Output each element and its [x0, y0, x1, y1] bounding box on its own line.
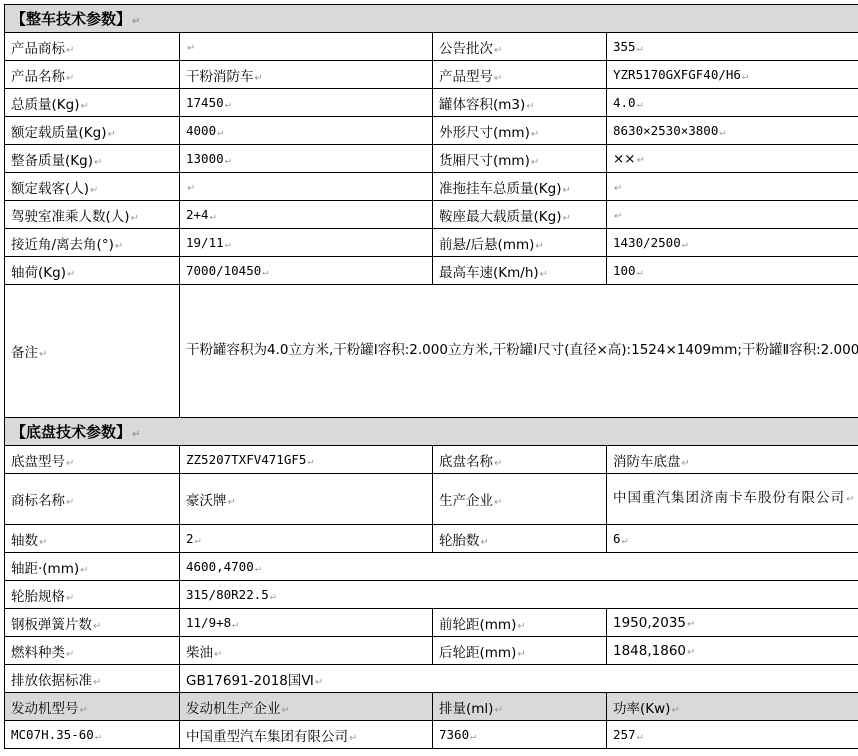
chassis-section-header: 【底盘技术参数】↵: [5, 418, 858, 446]
value-cell: 8630×2530×3800↵: [607, 117, 858, 145]
value-cell: 7360↵: [433, 721, 607, 749]
label-cell: 前悬/后悬(mm)↵: [433, 229, 607, 257]
value-cell: 4600,4700↵: [180, 553, 858, 581]
value-cell: 7000/10450↵: [180, 257, 433, 285]
engine-header-row: 发动机型号↵ 发动机生产企业↵ 排量(ml)↵ 功率(Kw)↵: [5, 693, 858, 721]
paragraph-mark-icon: ↵: [132, 429, 140, 440]
table-row: 产品商标↵ ↵ 公告批次↵ 355↵: [5, 33, 858, 61]
table-row: 额定载客(人)↵ ↵ 准拖挂车总质量(Kg)↵ ↵: [5, 173, 858, 201]
value-cell: 2↵: [180, 525, 433, 553]
label-cell: 产品名称↵: [5, 61, 180, 89]
label-cell: 后轮距(mm)↵: [433, 637, 607, 665]
value-cell: ↵: [180, 33, 433, 61]
value-cell: 1950,2035↵: [607, 609, 858, 637]
value-cell: 11/9+8↵: [180, 609, 433, 637]
value-cell: 13000↵: [180, 145, 433, 173]
label-cell: 底盘名称↵: [433, 446, 607, 474]
label-cell: 轴荷(Kg)↵: [5, 257, 180, 285]
value-cell: GB17691-2018国Ⅵ↵: [180, 665, 858, 693]
value-cell: 355↵: [607, 33, 858, 61]
value-cell: 1848,1860↵: [607, 637, 858, 665]
table-row: 产品名称↵ 干粉消防车↵ 产品型号↵ YZR5170GXFGF40/H6↵: [5, 61, 858, 89]
remark-row: 备注↵ 干粉罐容积为4.0立方米,干粉罐Ⅰ容积:2.000立方米,干粉罐Ⅰ尺寸(…: [5, 285, 858, 418]
table-row: 燃料种类↵ 柴油↵ 后轮距(mm)↵ 1848,1860↵: [5, 637, 858, 665]
label-cell: 产品商标↵: [5, 33, 180, 61]
label-cell: 罐体容积(m3)↵: [433, 89, 607, 117]
value-cell: 1430/2500↵: [607, 229, 858, 257]
label-cell: 鞍座最大载质量(Kg)↵: [433, 201, 607, 229]
label-cell: 钢板弹簧片数↵: [5, 609, 180, 637]
section-title: 【底盘技术参数】: [11, 423, 131, 441]
spec-table: 【整车技术参数】↵ 产品商标↵ ↵ 公告批次↵ 355↵ 产品名称↵ 干粉消防车…: [4, 4, 858, 749]
table-row: 整备质量(Kg)↵ 13000↵ 货厢尺寸(mm)↵ ××↵: [5, 145, 858, 173]
label-cell: 驾驶室准乘人数(人)↵: [5, 201, 180, 229]
value-cell: 100↵: [607, 257, 858, 285]
value-cell: MC07H.35-60↵: [5, 721, 180, 749]
label-cell: 轮胎数↵: [433, 525, 607, 553]
label-cell: 总质量(Kg)↵: [5, 89, 180, 117]
label-cell: 轮胎规格↵: [5, 581, 180, 609]
column-header: 功率(Kw)↵: [607, 693, 858, 721]
value-cell: 2+4↵: [180, 201, 433, 229]
value-cell: 中国重汽集团济南卡车股份有限公司↵: [607, 474, 858, 525]
label-cell: 额定载质量(Kg)↵: [5, 117, 180, 145]
value-cell: 豪沃牌↵: [180, 474, 433, 525]
value-cell: 消防车底盘↵: [607, 446, 858, 474]
table-row: 接近角/离去角(°)↵ 19/11↵ 前悬/后悬(mm)↵ 1430/2500↵: [5, 229, 858, 257]
value-cell: 4000↵: [180, 117, 433, 145]
table-row: 总质量(Kg)↵ 17450↵ 罐体容积(m3)↵ 4.0↵: [5, 89, 858, 117]
value-cell: ↵: [180, 173, 433, 201]
value-cell: 257↵: [607, 721, 858, 749]
value-cell: YZR5170GXFGF40/H6↵: [607, 61, 858, 89]
table-row: 商标名称↵ 豪沃牌↵ 生产企业↵ 中国重汽集团济南卡车股份有限公司↵: [5, 474, 858, 525]
value-cell: 4.0↵: [607, 89, 858, 117]
table-row: 钢板弹簧片数↵ 11/9+8↵ 前轮距(mm)↵ 1950,2035↵: [5, 609, 858, 637]
table-row: 轴数↵ 2↵ 轮胎数↵ 6↵: [5, 525, 858, 553]
label-cell: 生产企业↵: [433, 474, 607, 525]
table-row: 驾驶室准乘人数(人)↵ 2+4↵ 鞍座最大载质量(Kg)↵ ↵: [5, 201, 858, 229]
value-cell: 干粉消防车↵: [180, 61, 433, 89]
table-row: 额定载质量(Kg)↵ 4000↵ 外形尺寸(mm)↵ 8630×2530×380…: [5, 117, 858, 145]
remark-text: 干粉罐容积为4.0立方米,干粉罐Ⅰ容积:2.000立方米,干粉罐Ⅰ尺寸(直径×高…: [180, 285, 858, 418]
label-cell: 准拖挂车总质量(Kg)↵: [433, 173, 607, 201]
emission-row: 排放依据标准↵ GB17691-2018国Ⅵ↵: [5, 665, 858, 693]
label-cell: 排放依据标准↵: [5, 665, 180, 693]
wheelbase-row: 轴距·(mm)↵ 4600,4700↵: [5, 553, 858, 581]
paragraph-mark-icon: ↵: [132, 16, 140, 27]
label-cell: 货厢尺寸(mm)↵: [433, 145, 607, 173]
value-cell: 19/11↵: [180, 229, 433, 257]
section-title: 【整车技术参数】: [11, 10, 131, 28]
column-header: 发动机生产企业↵: [180, 693, 433, 721]
column-header: 发动机型号↵: [5, 693, 180, 721]
value-cell: ↵: [607, 173, 858, 201]
remark-label: 备注↵: [5, 285, 180, 418]
label-cell: 最高车速(Km/h)↵: [433, 257, 607, 285]
engine-row: MC07H.35-60↵ 中国重型汽车集团有限公司↵ 7360↵ 257↵: [5, 721, 858, 749]
label-cell: 商标名称↵: [5, 474, 180, 525]
value-cell: 315/80R22.5↵: [180, 581, 858, 609]
label-cell: 额定载客(人)↵: [5, 173, 180, 201]
value-cell: 6↵: [607, 525, 858, 553]
value-cell: ZZ5207TXFV471GF5↵: [180, 446, 433, 474]
tire-spec-row: 轮胎规格↵ 315/80R22.5↵: [5, 581, 858, 609]
vehicle-section-header: 【整车技术参数】↵: [5, 5, 858, 33]
value-cell: ↵: [607, 201, 858, 229]
value-cell: 柴油↵: [180, 637, 433, 665]
label-cell: 前轮距(mm)↵: [433, 609, 607, 637]
column-header: 排量(ml)↵: [433, 693, 607, 721]
value-cell: 中国重型汽车集团有限公司↵: [180, 721, 433, 749]
label-cell: 整备质量(Kg)↵: [5, 145, 180, 173]
value-cell: 17450↵: [180, 89, 433, 117]
label-cell: 燃料种类↵: [5, 637, 180, 665]
label-cell: 轴距·(mm)↵: [5, 553, 180, 581]
table-row: 底盘型号↵ ZZ5207TXFV471GF5↵ 底盘名称↵ 消防车底盘↵: [5, 446, 858, 474]
label-cell: 产品型号↵: [433, 61, 607, 89]
value-cell: ××↵: [607, 145, 858, 173]
label-cell: 接近角/离去角(°)↵: [5, 229, 180, 257]
label-cell: 轴数↵: [5, 525, 180, 553]
label-cell: 公告批次↵: [433, 33, 607, 61]
label-cell: 外形尺寸(mm)↵: [433, 117, 607, 145]
label-cell: 底盘型号↵: [5, 446, 180, 474]
table-row: 轴荷(Kg)↵ 7000/10450↵ 最高车速(Km/h)↵ 100↵: [5, 257, 858, 285]
